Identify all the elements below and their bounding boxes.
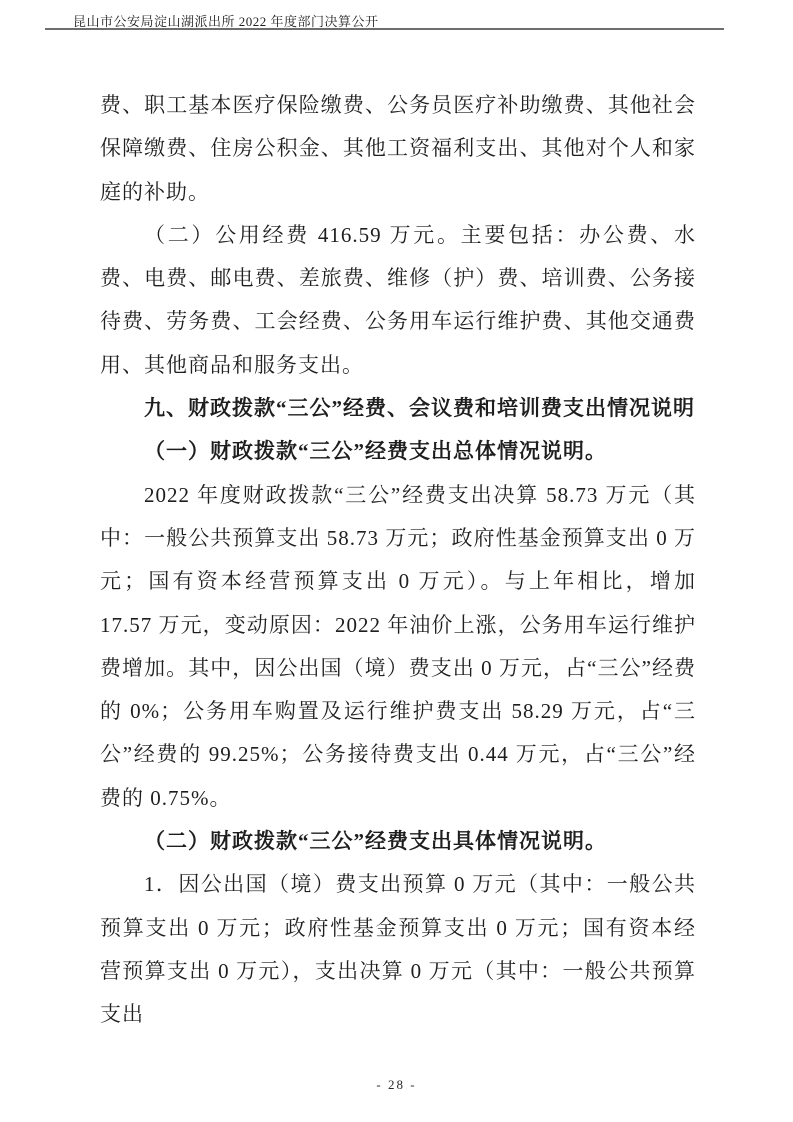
subsection-heading-two: （二）财政拨款“三公”经费支出具体情况说明。 — [100, 820, 696, 863]
header-divider-rule — [45, 28, 724, 30]
paragraph-overseas-travel-expense: 1．因公出国（境）费支出预算 0 万元（其中：一般公共预算支出 0 万元；政府性… — [100, 863, 696, 1036]
section-heading-nine: 九、财政拨款“三公”经费、会议费和培训费支出情况说明 — [100, 387, 696, 430]
paragraph-public-funds: （二）公用经费 416.59 万元。主要包括：办公费、水费、电费、邮电费、差旅费… — [100, 214, 696, 387]
paragraph-three-public-overview: 2022 年度财政拨款“三公”经费支出决算 58.73 万元（其中：一般公共预算… — [100, 474, 696, 820]
document-page: 昆山市公安局淀山湖派出所 2022 年度部门决算公开 费、职工基本医疗保险缴费、… — [0, 0, 793, 1122]
page-number: - 28 - — [0, 1077, 793, 1093]
subsection-heading-one: （一）财政拨款“三公”经费支出总体情况说明。 — [100, 430, 696, 473]
paragraph-welfare-contributions: 费、职工基本医疗保险缴费、公务员医疗补助缴费、其他社会保障缴费、住房公积金、其他… — [100, 84, 696, 214]
document-body: 费、职工基本医疗保险缴费、公务员医疗补助缴费、其他社会保障缴费、住房公积金、其他… — [100, 84, 696, 1037]
